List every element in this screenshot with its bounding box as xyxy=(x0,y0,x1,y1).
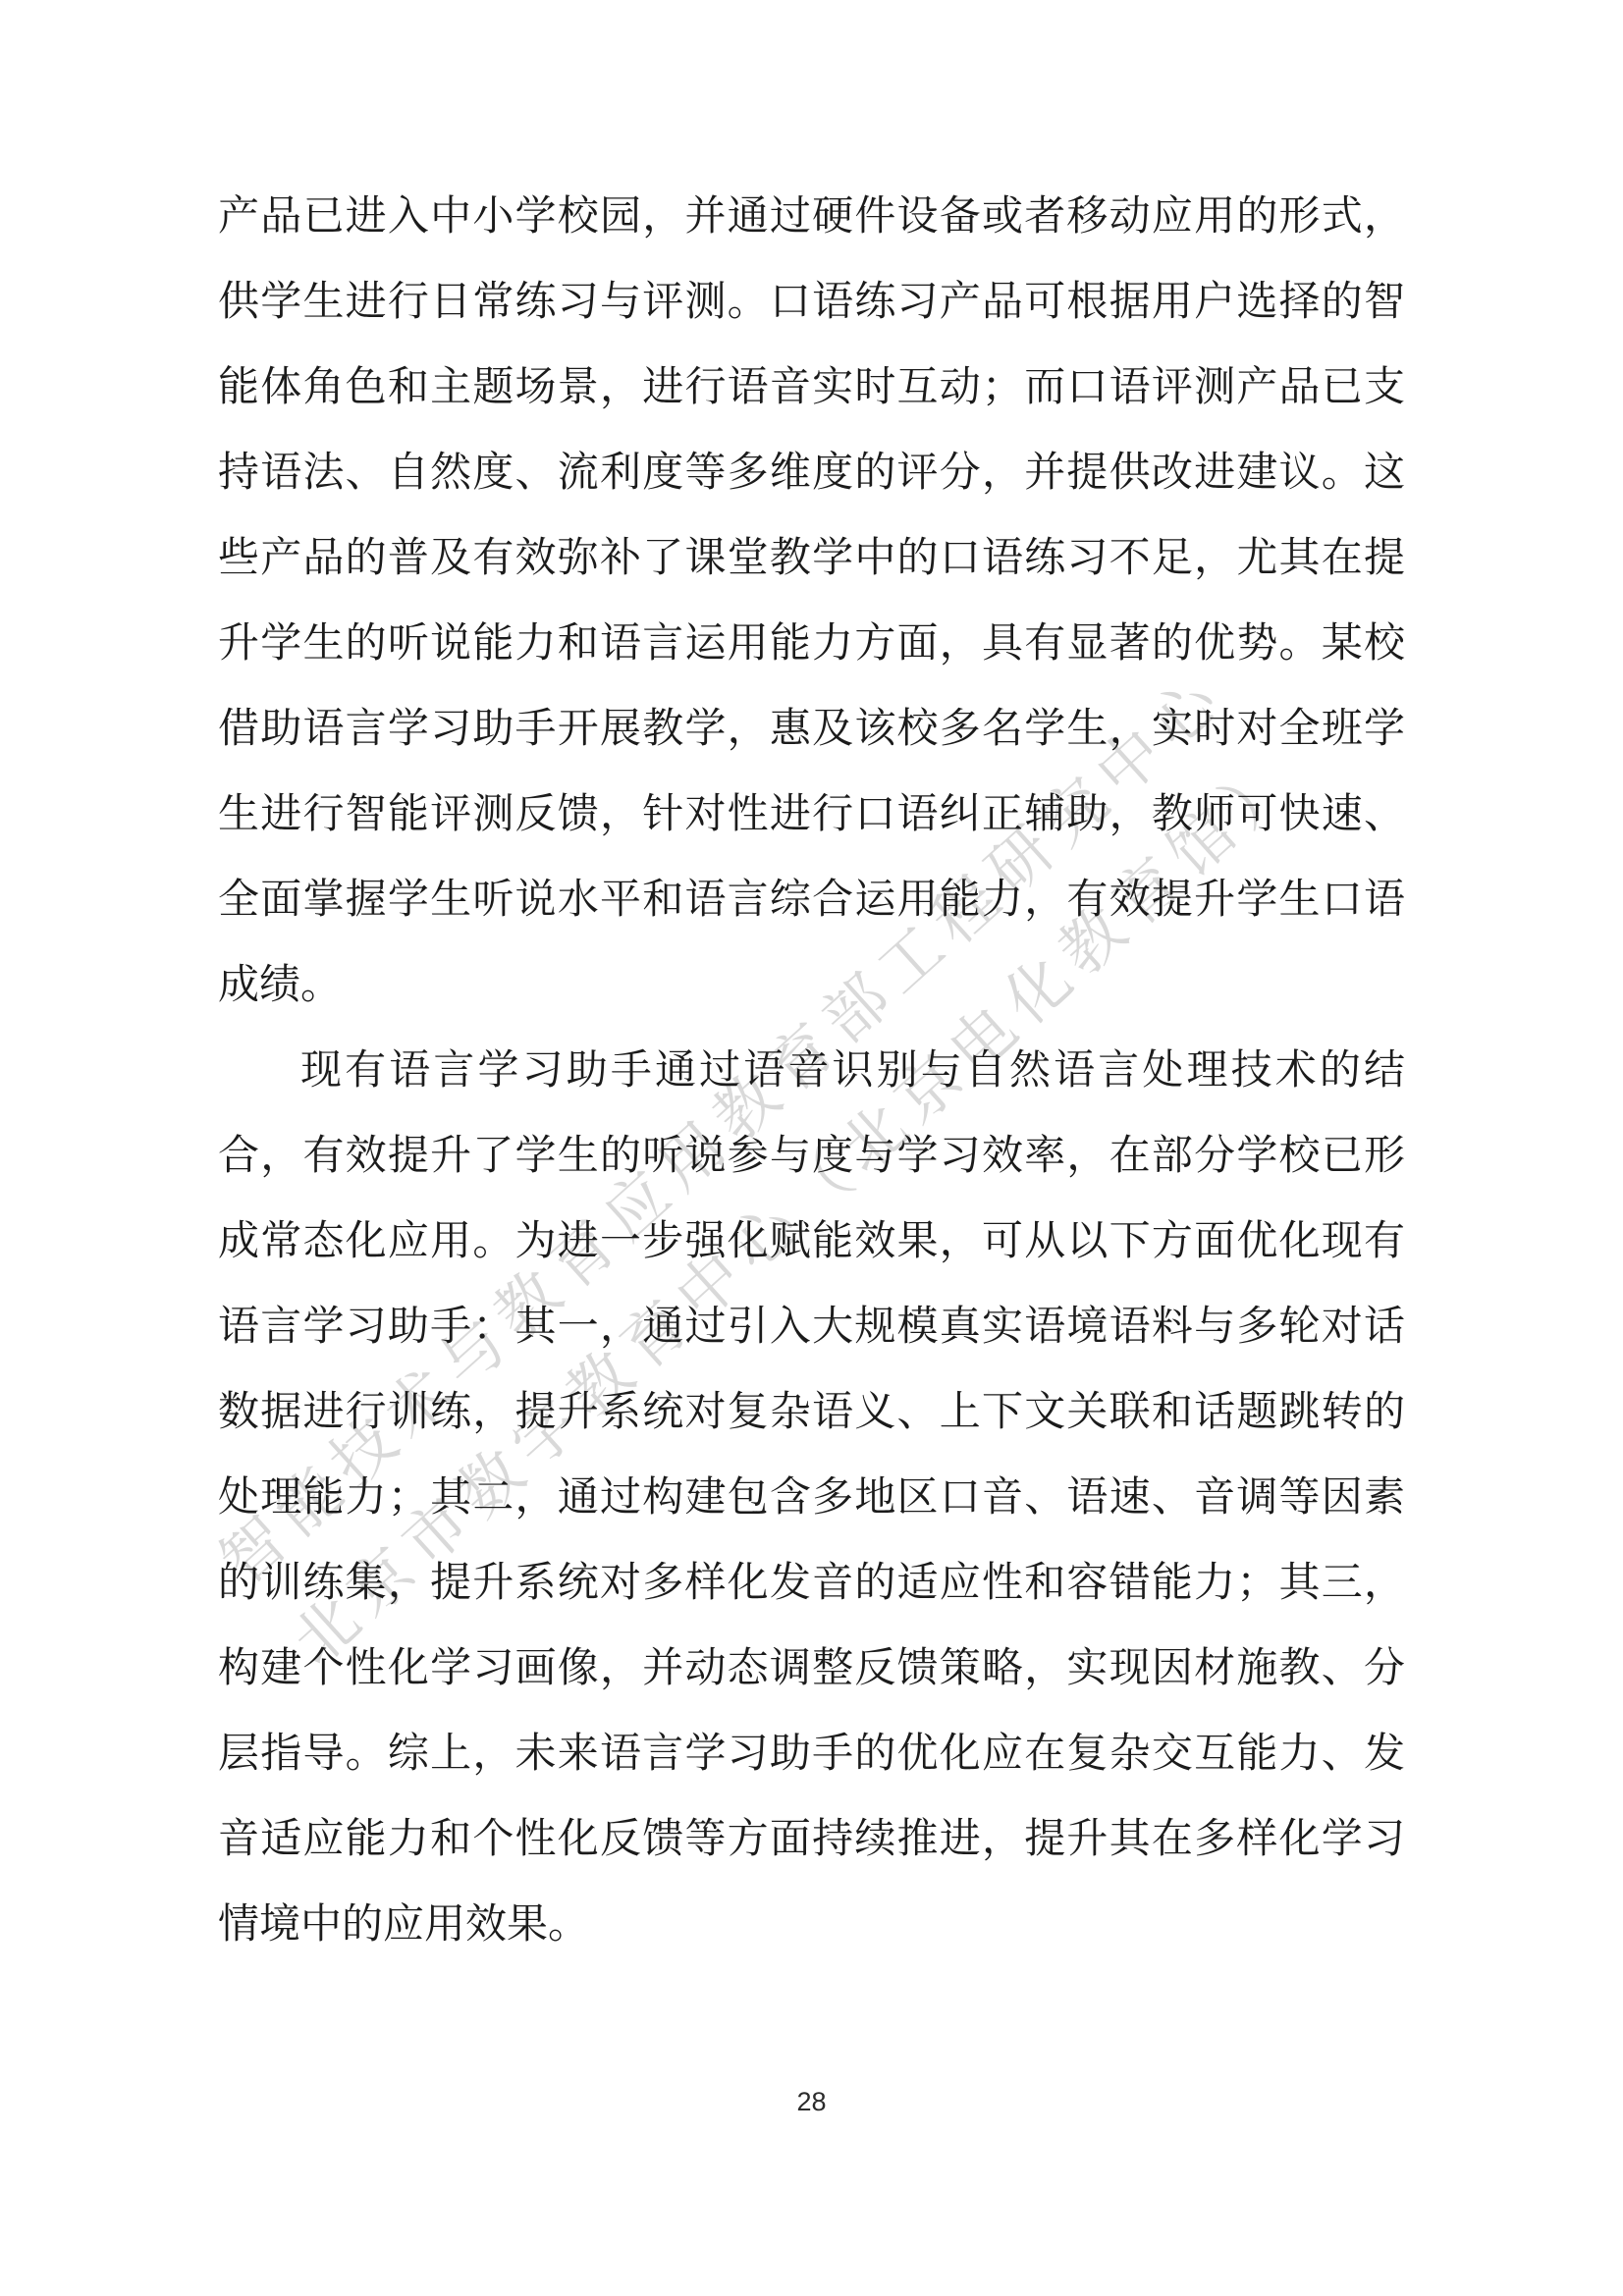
text-line: 处理能力；其二，通过构建包含多地区口音、语速、音调等因素 xyxy=(218,1456,1405,1541)
text-line: 升学生的听说能力和语言运用能力方面，具有显著的优势。某校 xyxy=(218,602,1405,687)
text-line: 数据进行训练，提升系统对复杂语义、上下文关联和话题跳转的 xyxy=(218,1370,1405,1456)
text-line: 生进行智能评测反馈，针对性进行口语纠正辅助，教师可快速、 xyxy=(218,773,1405,858)
text-line: 的训练集，提升系统对多样化发音的适应性和容错能力；其三， xyxy=(218,1541,1405,1627)
text-line: 合，有效提升了学生的听说参与度与学习效率，在部分学校已形 xyxy=(218,1114,1405,1200)
text-line: 供学生进行日常练习与评测。口语练习产品可根据用户选择的智 xyxy=(218,260,1405,346)
text-line: 构建个性化学习画像，并动态调整反馈策略，实现因材施教、分 xyxy=(218,1627,1405,1712)
text-line: 层指导。综上，未来语言学习助手的优化应在复杂交互能力、发 xyxy=(218,1712,1405,1797)
text-line: 能体角色和主题场景，进行语音实时互动；而口语评测产品已支 xyxy=(218,346,1405,431)
text-line: 情境中的应用效果。 xyxy=(218,1883,1405,1968)
text-line: 些产品的普及有效弥补了课堂教学中的口语练习不足，尤其在提 xyxy=(218,516,1405,602)
document-body: 产品已进入中小学校园，并通过硬件设备或者移动应用的形式，供学生进行日常练习与评测… xyxy=(218,175,1405,1968)
text-line: 现有语言学习助手通过语音识别与自然语言处理技术的结 xyxy=(218,1029,1405,1114)
page-number: 28 xyxy=(0,2087,1623,2117)
text-line: 产品已进入中小学校园，并通过硬件设备或者移动应用的形式， xyxy=(218,175,1405,260)
text-line: 音适应能力和个性化反馈等方面持续推进，提升其在多样化学习 xyxy=(218,1797,1405,1883)
document-page: 智能技术与教育应用教育部工程研究中心 北京市数字教育中心（北京电化教育馆） 产品… xyxy=(0,0,1623,2296)
text-line: 持语法、自然度、流利度等多维度的评分，并提供改进建议。这 xyxy=(218,431,1405,516)
text-line: 成绩。 xyxy=(218,943,1405,1029)
text-line: 成常态化应用。为进一步强化赋能效果，可从以下方面优化现有 xyxy=(218,1200,1405,1285)
text-line: 语言学习助手：其一，通过引入大规模真实语境语料与多轮对话 xyxy=(218,1285,1405,1370)
text-line: 全面掌握学生听说水平和语言综合运用能力，有效提升学生口语 xyxy=(218,858,1405,943)
text-line: 借助语言学习助手开展教学，惠及该校多名学生，实时对全班学 xyxy=(218,687,1405,773)
